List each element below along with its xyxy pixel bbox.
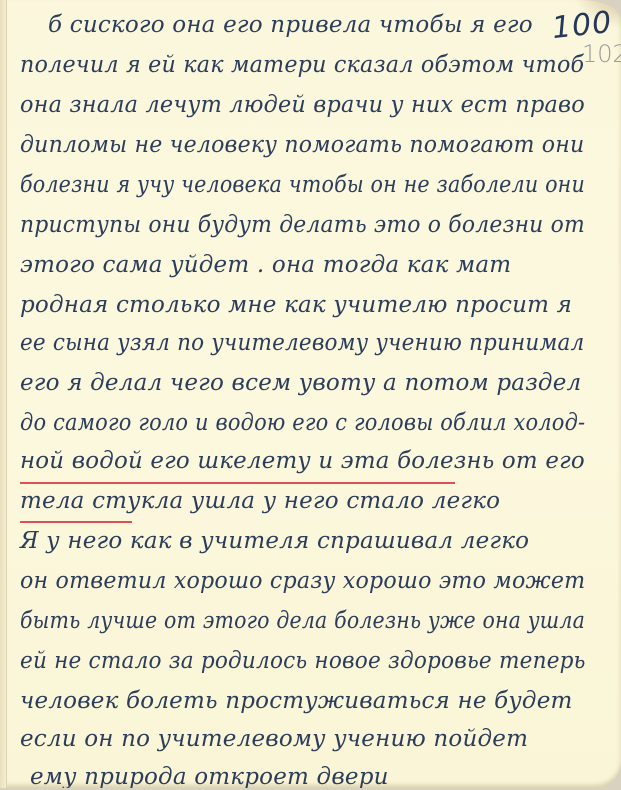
text-line-15: он ответил хорошо сразу хорошо это может — [20, 568, 585, 594]
text-line-12: ной водой его шкелету и эта болезнь от е… — [20, 448, 585, 474]
page-number-secondary: 102 — [582, 40, 621, 68]
text-line-7: этого сама уйдет . она тогда как мат — [20, 252, 511, 278]
text-line-5: болезни я учу человека чтобы он не забол… — [20, 172, 585, 198]
text-line-11: до самого голо и водою его с головы обли… — [20, 410, 585, 436]
text-line-1: б сиского она его привела чтобы я его — [48, 12, 533, 38]
text-line-2: полечил я ей как матери сказал обэтом чт… — [20, 52, 584, 78]
text-line-14: Я у него как в учителя спрашивал легко — [20, 528, 529, 554]
text-line-20: ему природа откроет двери — [30, 764, 389, 788]
text-line-18: человек болеть простуживаться не будет — [20, 688, 573, 714]
text-line-6: приступы они будут делать это о болезни … — [20, 212, 585, 238]
text-line-4: дипломы не человеку помогать помогают он… — [20, 132, 584, 158]
text-line-8: родная столько мне как учителю просит я — [20, 292, 572, 318]
text-line-10: его я делал чего всем увоту а потом разд… — [20, 370, 581, 396]
red-underline-2 — [20, 521, 132, 523]
text-line-17: ей не стало за родилось новое здоровье т… — [20, 648, 586, 674]
text-line-9: ее сына узял по учителевому учению прини… — [20, 330, 584, 356]
text-line-13: тела стукла ушла у него стало легко — [20, 488, 500, 514]
red-underline-1 — [20, 482, 455, 484]
text-line-3: она знала лечут людей врачи у них ест пр… — [20, 92, 585, 118]
notebook-page: 100 102 б сиского она его привела чтобы … — [0, 0, 621, 788]
page-binding-edge — [0, 0, 7, 788]
text-line-16: быть лучше от этого дела болезнь уже она… — [20, 608, 585, 634]
text-line-19: если он по учителевому учению пойдет — [20, 726, 528, 752]
